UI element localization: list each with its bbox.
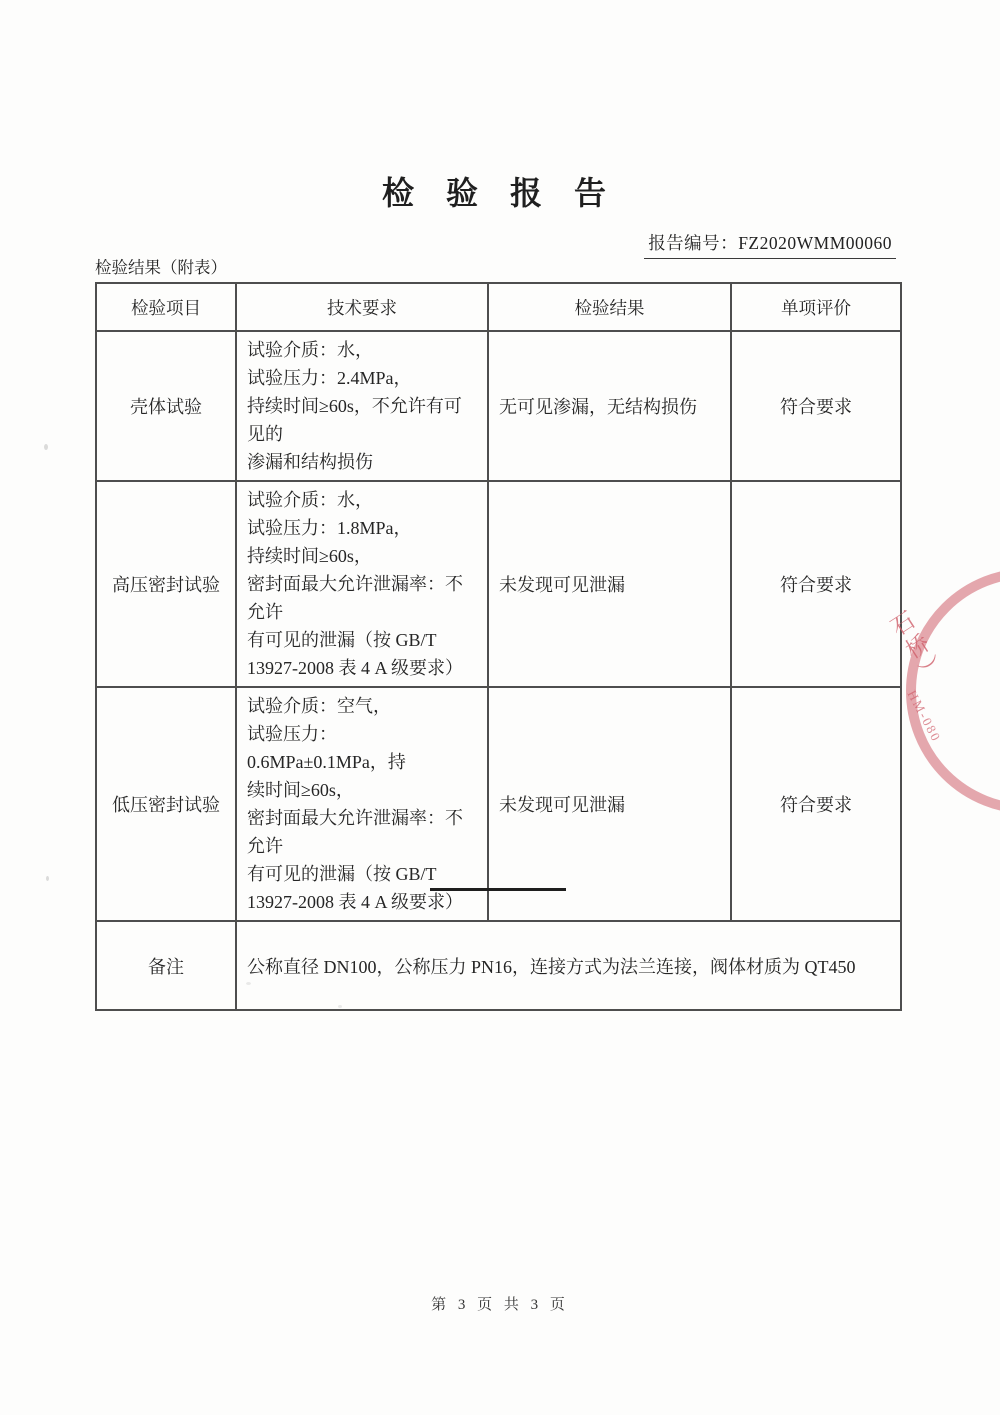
table-header-row: 检验项目 技术要求 检验结果 单项评价 xyxy=(96,283,901,331)
column-header-item: 检验项目 xyxy=(96,283,236,331)
report-number: 报告编号：FZ2020WMM00060 xyxy=(644,230,896,259)
scan-artifact xyxy=(338,1005,342,1008)
column-header-requirement: 技术要求 xyxy=(236,283,488,331)
table-row-remarks: 备注 公称直径 DN100，公称压力 PN16，连接方式为法兰连接，阀体材质为 … xyxy=(96,921,901,1010)
table-row-shell-test: 壳体试验 试验介质：水， 试验压力：2.4MPa， 持续时间≥60s，不允许有可… xyxy=(96,331,901,481)
test-requirement: 试验介质：水， 试验压力：1.8MPa， 持续时间≥60s， 密封面最大允许泄漏… xyxy=(236,481,488,687)
remarks-label: 备注 xyxy=(96,921,236,1010)
page-number: 第 3 页 共 3 页 xyxy=(0,1293,1000,1314)
test-evaluation: 符合要求 xyxy=(731,687,901,921)
test-result: 未发现可见泄漏 xyxy=(488,481,731,687)
signature-line xyxy=(430,888,566,891)
test-item-name: 低压密封试验 xyxy=(96,687,236,921)
scan-artifact xyxy=(246,982,251,985)
test-requirement: 试验介质：空气， 试验压力：0.6MPa±0.1MPa，持 续时间≥60s， 密… xyxy=(236,687,488,921)
red-seal-stamp: 石桥） HM-080 xyxy=(890,560,1000,810)
page-title: 检 验 报 告 xyxy=(0,168,1000,214)
stamp-serial-text: HM-080 xyxy=(904,688,945,746)
inspection-results-table: 检验项目 技术要求 检验结果 单项评价 壳体试验 试验介质：水， 试验压力：2.… xyxy=(95,282,902,1011)
report-number-label: 报告编号： xyxy=(648,233,738,253)
test-result: 未发现可见泄漏 xyxy=(488,687,731,921)
results-subtitle: 检验结果（附表） xyxy=(95,254,227,278)
test-item-name: 壳体试验 xyxy=(96,331,236,481)
test-item-name: 高压密封试验 xyxy=(96,481,236,687)
test-result: 无可见渗漏，无结构损伤 xyxy=(488,331,731,481)
remarks-text: 公称直径 DN100，公称压力 PN16，连接方式为法兰连接，阀体材质为 QT4… xyxy=(236,921,901,1010)
table-row-low-pressure-seal-test: 低压密封试验 试验介质：空气， 试验压力：0.6MPa±0.1MPa，持 续时间… xyxy=(96,687,901,921)
report-number-value: FZ2020WMM00060 xyxy=(738,233,892,253)
test-evaluation: 符合要求 xyxy=(731,331,901,481)
stamp-circle-icon xyxy=(906,568,1000,814)
table-row-high-pressure-seal-test: 高压密封试验 试验介质：水， 试验压力：1.8MPa， 持续时间≥60s， 密封… xyxy=(96,481,901,687)
test-evaluation: 符合要求 xyxy=(731,481,901,687)
column-header-evaluation: 单项评价 xyxy=(731,283,901,331)
test-requirement: 试验介质：水， 试验压力：2.4MPa， 持续时间≥60s，不允许有可见的 渗漏… xyxy=(236,331,488,481)
report-page: 检 验 报 告 报告编号：FZ2020WMM00060 检验结果（附表） 检验项… xyxy=(0,0,1000,1415)
column-header-result: 检验结果 xyxy=(488,283,731,331)
scan-artifact xyxy=(46,876,49,881)
scan-artifact xyxy=(44,444,48,450)
